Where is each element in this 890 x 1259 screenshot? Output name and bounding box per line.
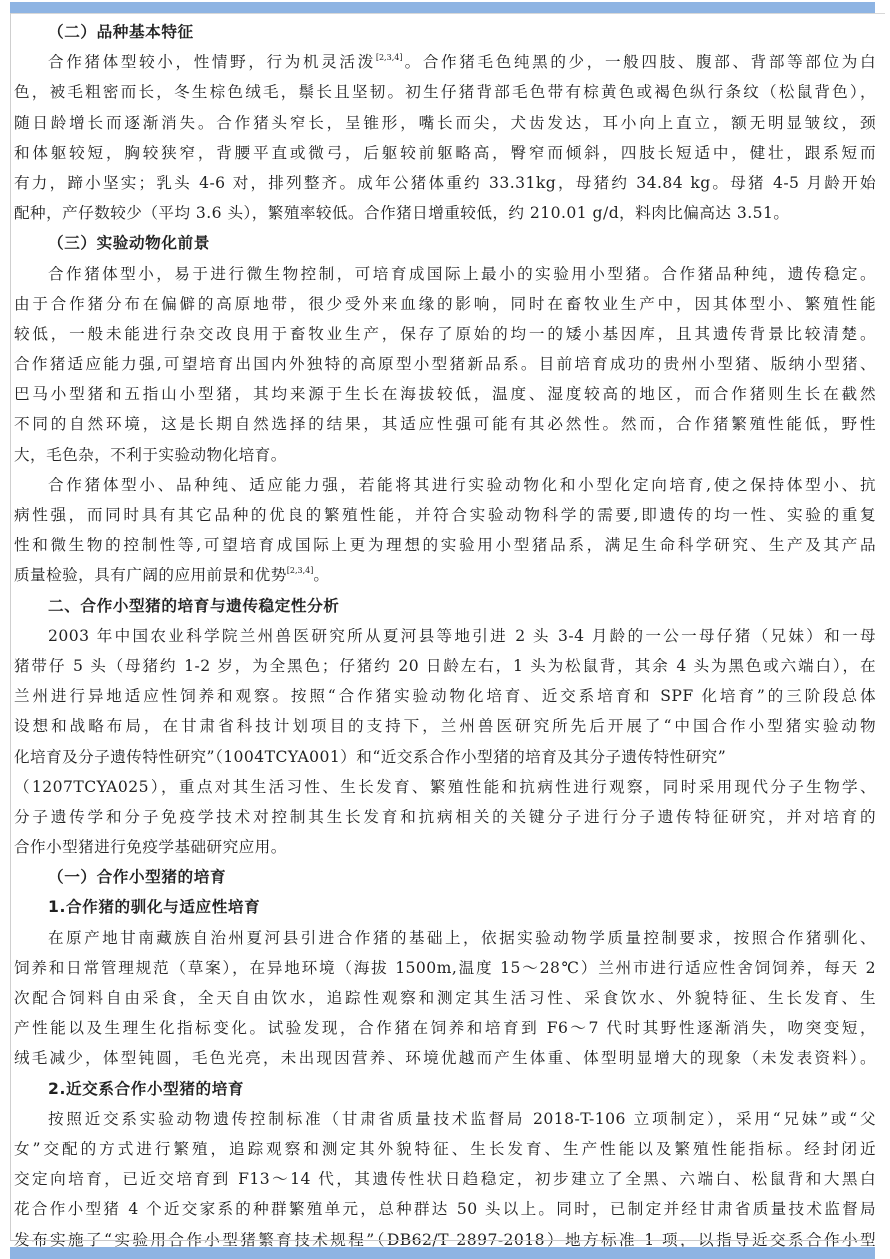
text-line: 2003 年中国农业科学院兰州兽医研究所从夏河县等地引进 2 头 3-4 月龄的… xyxy=(14,621,876,651)
text-line: （1207TCYA025），重点对其生活习性、生长发育、繁殖性能和抗病性进行观察… xyxy=(14,772,876,802)
text-line: 交定向培育，已近交培育到 F13～14 代，其遗传性状日趋稳定，初步建立了全黑、… xyxy=(14,1164,876,1194)
top-header-bar xyxy=(10,2,875,13)
text-line: 女”交配的方式进行繁殖，追踪观察和测定其外貌特征、生长发育、生产性能以及繁殖性能… xyxy=(14,1134,876,1164)
text-span: 。合作猪毛色纯黑的少，一般四肢、腹部、背部等部位为白 xyxy=(402,53,876,71)
left-border xyxy=(10,13,11,1240)
bottom-footer-bar xyxy=(10,1247,875,1259)
text-line: 花合作小型猪 4 个近交家系的种群繁殖单元，总种群达 50 头以上。同时，已制定… xyxy=(14,1194,876,1224)
paragraph: 合作猪体型小、品种纯、适应能力强，若能将其进行实验动物化和小型化定向培育,使之保… xyxy=(14,470,876,591)
text-line: 设想和战略布局，在甘肃省科技计划项目的支持下，兰州兽医研究所先后开展了“中国合作… xyxy=(14,711,876,741)
text-span: 质量检验，具有广阔的应用前景和优势 xyxy=(14,566,287,584)
paragraph: 合作猪体型较小，性情野，行为机灵活泼[2,3,4]。合作猪毛色纯黑的少，一般四肢… xyxy=(14,47,876,228)
document-page: （二）品种基本特征 合作猪体型较小，性情野，行为机灵活泼[2,3,4]。合作猪毛… xyxy=(14,17,876,1255)
subsection-heading: 2.近交系合作小型猪的培育 xyxy=(14,1074,876,1104)
text-line: 化培育及分子遗传特性研究”（1004TCYA001）和“近交系合作小型猪的培育及… xyxy=(14,742,876,772)
text-line: 按照近交系实验动物遗传控制标准（甘肃省质量技术监督局 2018-T-106 立项… xyxy=(14,1104,876,1134)
paragraph: 2003 年中国农业科学院兰州兽医研究所从夏河县等地引进 2 头 3-4 月龄的… xyxy=(14,621,876,863)
text-span: 。 xyxy=(313,566,329,584)
text-line: 饲养和日常管理规范（草案），在异地环境（海拔 1500m,温度 15～28℃）兰… xyxy=(14,953,876,983)
subsection-heading: 1.合作猪的驯化与适应性培育 xyxy=(14,892,876,922)
text-line: 和体躯较短，胸较狭窄，背腰平直或微弓，后躯较前躯略高，臀窄而倾斜，四肢长短适中，… xyxy=(14,138,876,168)
text-line: 配种，产仔数较少（平均 3.6 头），繁殖率较低。合作猪日增重较低，约 210.… xyxy=(14,198,876,228)
text-line: 巴马小型猪和五指山小型猪，其均来源于生长在海拔较低，温度、湿度较高的地区，而合作… xyxy=(14,379,876,409)
bottom-rule xyxy=(10,1240,870,1241)
text-line: 性和微生物的控制性等,可望培育成国际上更为理想的实验用小型猪品系，满足生命科学研… xyxy=(14,530,876,560)
text-line: 质量检验，具有广阔的应用前景和优势[2,3,4]。 xyxy=(14,560,876,590)
text-line: 病性强，而同时具有其它品种的优良的繁殖性能，并符合实验动物科学的需要,即遗传的均… xyxy=(14,500,876,530)
section-heading: 二、合作小型猪的培育与遗传稳定性分析 xyxy=(14,591,876,621)
text-line: 次配合饲料自由采食，全天自由饮水，追踪性观察和测定其生活习性、采食饮水、外貌特征… xyxy=(14,983,876,1013)
text-line: 随日龄增长而逐渐消失。合作猪头窄长，呈锥形，嘴长而尖，犬齿发达，耳小向上直立，额… xyxy=(14,108,876,138)
text-line: 在原产地甘南藏族自治州夏河县引进合作猪的基础上，依据实验动物学质量控制要求，按照… xyxy=(14,923,876,953)
citation-superscript: [2,3,4] xyxy=(287,566,314,575)
citation-superscript: [2,3,4] xyxy=(376,53,403,62)
text-line: 不同的自然环境，这是长期自然选择的结果，其适应性强可能有其必然性。然而，合作猪繁… xyxy=(14,409,876,439)
paragraph: 合作猪体型小，易于进行微生物控制，可培育成国际上最小的实验用小型猪。合作猪品种纯… xyxy=(14,259,876,470)
text-line: 合作猪体型较小，性情野，行为机灵活泼[2,3,4]。合作猪毛色纯黑的少，一般四肢… xyxy=(14,47,876,77)
text-line: 色，被毛粗密而长，冬生棕色绒毛，鬃长且坚韧。初生仔猪背部毛色带有棕黄色或褐色纵行… xyxy=(14,77,876,107)
text-line: 绒毛减少，体型钝圆，毛色光亮，未出现因营养、环境优越而产生体重、体型明显增大的现… xyxy=(14,1043,876,1073)
text-line: 猪带仔 5 头（母猪约 1-2 岁，为全黑色；仔猪约 20 日龄左右，1 头为松… xyxy=(14,651,876,681)
text-line: 有力，蹄小坚实；乳头 4-6 对，排列整齐。成年公猪体重约 33.31kg，母猪… xyxy=(14,168,876,198)
section-heading: （三）实验动物化前景 xyxy=(14,228,876,258)
text-line: 大，毛色杂，不利于实验动物化培育。 xyxy=(14,440,876,470)
text-line: 合作猪体型小，易于进行微生物控制，可培育成国际上最小的实验用小型猪。合作猪品种纯… xyxy=(14,259,876,289)
text-line: 由于合作猪分布在偏僻的高原地带，很少受外来血缘的影响，同时在畜牧业生产中，因其体… xyxy=(14,289,876,319)
text-line: 分子遗传学和分子免疫学技术对控制其生长发育和抗病相关的关键分子进行分子遗传特征研… xyxy=(14,802,876,832)
section-heading: （二）品种基本特征 xyxy=(14,17,876,47)
text-line: 合作猪体型小、品种纯、适应能力强，若能将其进行实验动物化和小型化定向培育,使之保… xyxy=(14,470,876,500)
paragraph: 在原产地甘南藏族自治州夏河县引进合作猪的基础上，依据实验动物学质量控制要求，按照… xyxy=(14,923,876,1074)
paragraph: 按照近交系实验动物遗传控制标准（甘肃省质量技术监督局 2018-T-106 立项… xyxy=(14,1104,876,1255)
top-rule xyxy=(10,13,885,14)
text-line: 较低，一般未能进行杂交改良用于畜牧业生产，保存了原始的均一的矮小基因库，且其遗传… xyxy=(14,319,876,349)
text-line: 合作小型猪进行免疫学基础研究应用。 xyxy=(14,832,876,862)
text-span: 合作猪体型较小，性情野，行为机灵活泼 xyxy=(48,53,376,71)
text-line: 合作猪适应能力强,可望培育出国内外独特的高原型小型猪新品系。目前培育成功的贵州小… xyxy=(14,349,876,379)
text-line: 兰州进行异地适应性饲养和观察。按照“合作猪实验动物化培育、近交系培育和 SPF … xyxy=(14,681,876,711)
section-heading: （一）合作小型猪的培育 xyxy=(14,862,876,892)
text-line: 产性能以及生理生化指标变化。试验发现，合作猪在饲养和培育到 F6～7 代时其野性… xyxy=(14,1013,876,1043)
